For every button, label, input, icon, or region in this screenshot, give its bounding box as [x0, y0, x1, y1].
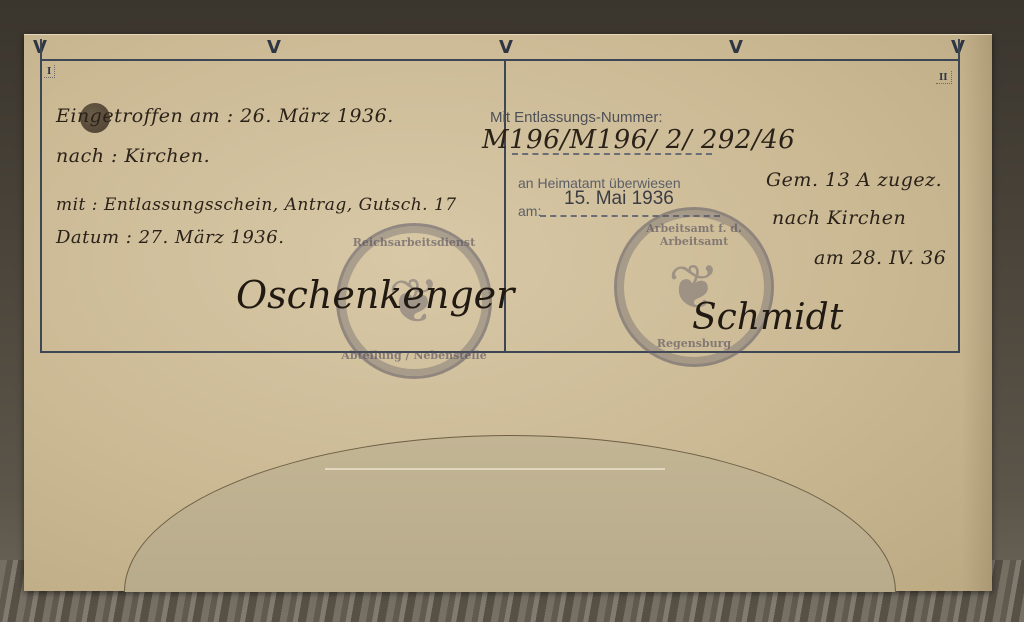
note-line-3: am 28. IV. 36	[814, 247, 946, 269]
stamped-date: 15. Mai 1936	[564, 188, 674, 210]
enclosures-value: Entlassungsschein, Antrag, Gutsch. 17	[104, 195, 457, 215]
note-line-2: nach Kirchen	[772, 207, 906, 229]
note-line-1: Gem. 13 A zugez.	[766, 169, 942, 191]
form-left-rule	[40, 39, 42, 353]
fold-mark-icon: V	[266, 39, 282, 57]
label-on: am:	[518, 203, 541, 219]
destination-value: Kirchen.	[124, 145, 210, 167]
arrival-value: 26. März 1936.	[240, 105, 394, 127]
window-crease	[325, 468, 665, 470]
section-label-right: II	[936, 71, 952, 84]
destination-line: nach : Kirchen.	[56, 145, 210, 167]
label-discharge-number: Mit Entlassungs-Nummer:	[490, 109, 663, 126]
fold-mark-icon: V	[728, 39, 744, 57]
document-card: V V V V V I II Eingetroffen am : 26. Mär…	[24, 34, 992, 591]
left-signature: Oschenkenger	[236, 273, 514, 317]
envelope-window-cutout	[124, 435, 896, 592]
section-label-left: I	[44, 65, 55, 78]
right-official-seal: Arbeitsamt f. d. Arbeitsamt ❦ Regensburg	[614, 207, 774, 367]
form-right-rule	[958, 39, 960, 353]
form-top-rule	[40, 59, 960, 61]
form-bottom-rule	[40, 351, 960, 353]
card-edge-shadow	[962, 35, 992, 591]
seal-bottom-text: Abteilung / Nebenstelle	[339, 349, 489, 362]
fold-mark-icon: V	[498, 39, 514, 57]
right-signature: Schmidt	[692, 297, 843, 338]
enclosures-line: mit : Entlassungsschein, Antrag, Gutsch.…	[56, 195, 457, 215]
seal-top-text: Reichsarbeitsdienst	[339, 236, 489, 249]
arrival-line: Eingetroffen am : 26. März 1936.	[56, 105, 394, 127]
seal-top-text: Arbeitsamt f. d. Arbeitsamt	[617, 222, 771, 248]
date-line: Datum : 27. März 1936.	[56, 227, 284, 248]
seal-bottom-text: Regensburg	[617, 337, 771, 350]
date-value: 27. März 1936.	[139, 227, 285, 248]
discharge-number: M196/M196/ 2/ 292/46	[482, 125, 795, 155]
arrival-label: Eingetroffen am	[56, 105, 220, 127]
destination-label: nach	[56, 145, 104, 167]
date-label: Datum	[56, 227, 120, 248]
enclosures-label: mit	[56, 195, 86, 215]
number-dotted-line	[512, 153, 712, 155]
